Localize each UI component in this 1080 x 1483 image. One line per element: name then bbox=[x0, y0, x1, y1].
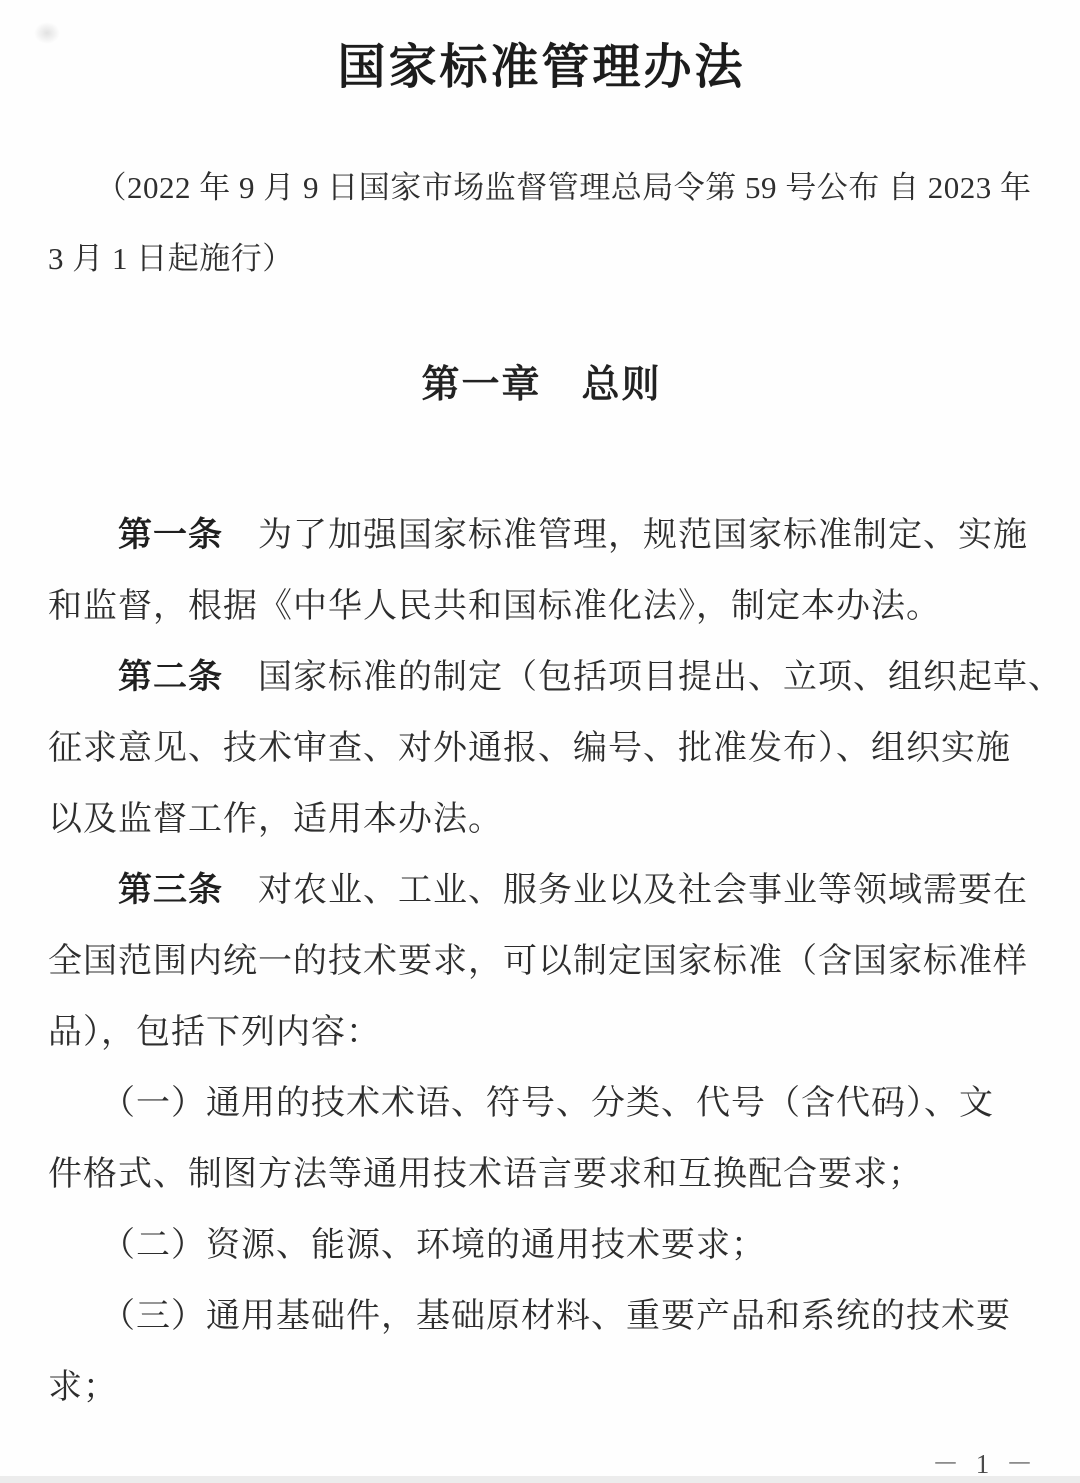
document-line: 第二条 国家标准的制定（包括项目提出、立项、组织起草、 bbox=[48, 642, 1035, 713]
document-line: （一）通用的技术术语、符号、分类、代号（含代码）、文 bbox=[48, 1068, 1035, 1139]
document-line: （三）通用基础件，基础原材料、重要产品和系统的技术要 bbox=[48, 1281, 1035, 1352]
scan-artifact-smudge bbox=[34, 22, 60, 44]
scan-edge-shadow bbox=[0, 1476, 1080, 1483]
preamble-line: 3 月 1 日起施行） bbox=[48, 223, 1035, 294]
document-content: 国家标准管理办法 （2022 年 9 月 9 日国家市场监督管理总局令第 59 … bbox=[0, 44, 1080, 1423]
article-number: 第二条 bbox=[48, 658, 223, 696]
preamble-line: （2022 年 9 月 9 日国家市场监督管理总局令第 59 号公布 自 202… bbox=[48, 152, 1035, 223]
scanned-document-page: 国家标准管理办法 （2022 年 9 月 9 日国家市场监督管理总局令第 59 … bbox=[0, 0, 1080, 1483]
document-line: 件格式、制图方法等通用技术语言要求和互换配合要求； bbox=[48, 1139, 1035, 1210]
document-line: 求； bbox=[48, 1352, 1035, 1423]
document-line: 征求意见、技术审查、对外通报、编号、批准发布）、组织实施 bbox=[48, 713, 1035, 784]
document-line: （二）资源、能源、环境的通用技术要求； bbox=[48, 1210, 1035, 1281]
document-line: 全国范围内统一的技术要求，可以制定国家标准（含国家标准样 bbox=[48, 926, 1035, 997]
document-line: 第三条 对农业、工业、服务业以及社会事业等领域需要在 bbox=[48, 855, 1035, 926]
preamble: （2022 年 9 月 9 日国家市场监督管理总局令第 59 号公布 自 202… bbox=[48, 152, 1035, 294]
document-line: 品），包括下列内容： bbox=[48, 997, 1035, 1068]
document-line: 和监督，根据《中华人民共和国标准化法》，制定本办法。 bbox=[48, 571, 1035, 642]
article-number: 第一条 bbox=[48, 516, 223, 554]
document-title: 国家标准管理办法 bbox=[48, 44, 1035, 92]
document-line: 第一条 为了加强国家标准管理，规范国家标准制定、实施 bbox=[48, 500, 1035, 571]
chapter-heading: 第一章 总则 bbox=[48, 366, 1035, 404]
document-line: 以及监督工作，适用本办法。 bbox=[48, 784, 1035, 855]
article-number: 第三条 bbox=[48, 871, 223, 909]
document-body: 第一条 为了加强国家标准管理，规范国家标准制定、实施和监督，根据《中华人民共和国… bbox=[48, 500, 1035, 1423]
